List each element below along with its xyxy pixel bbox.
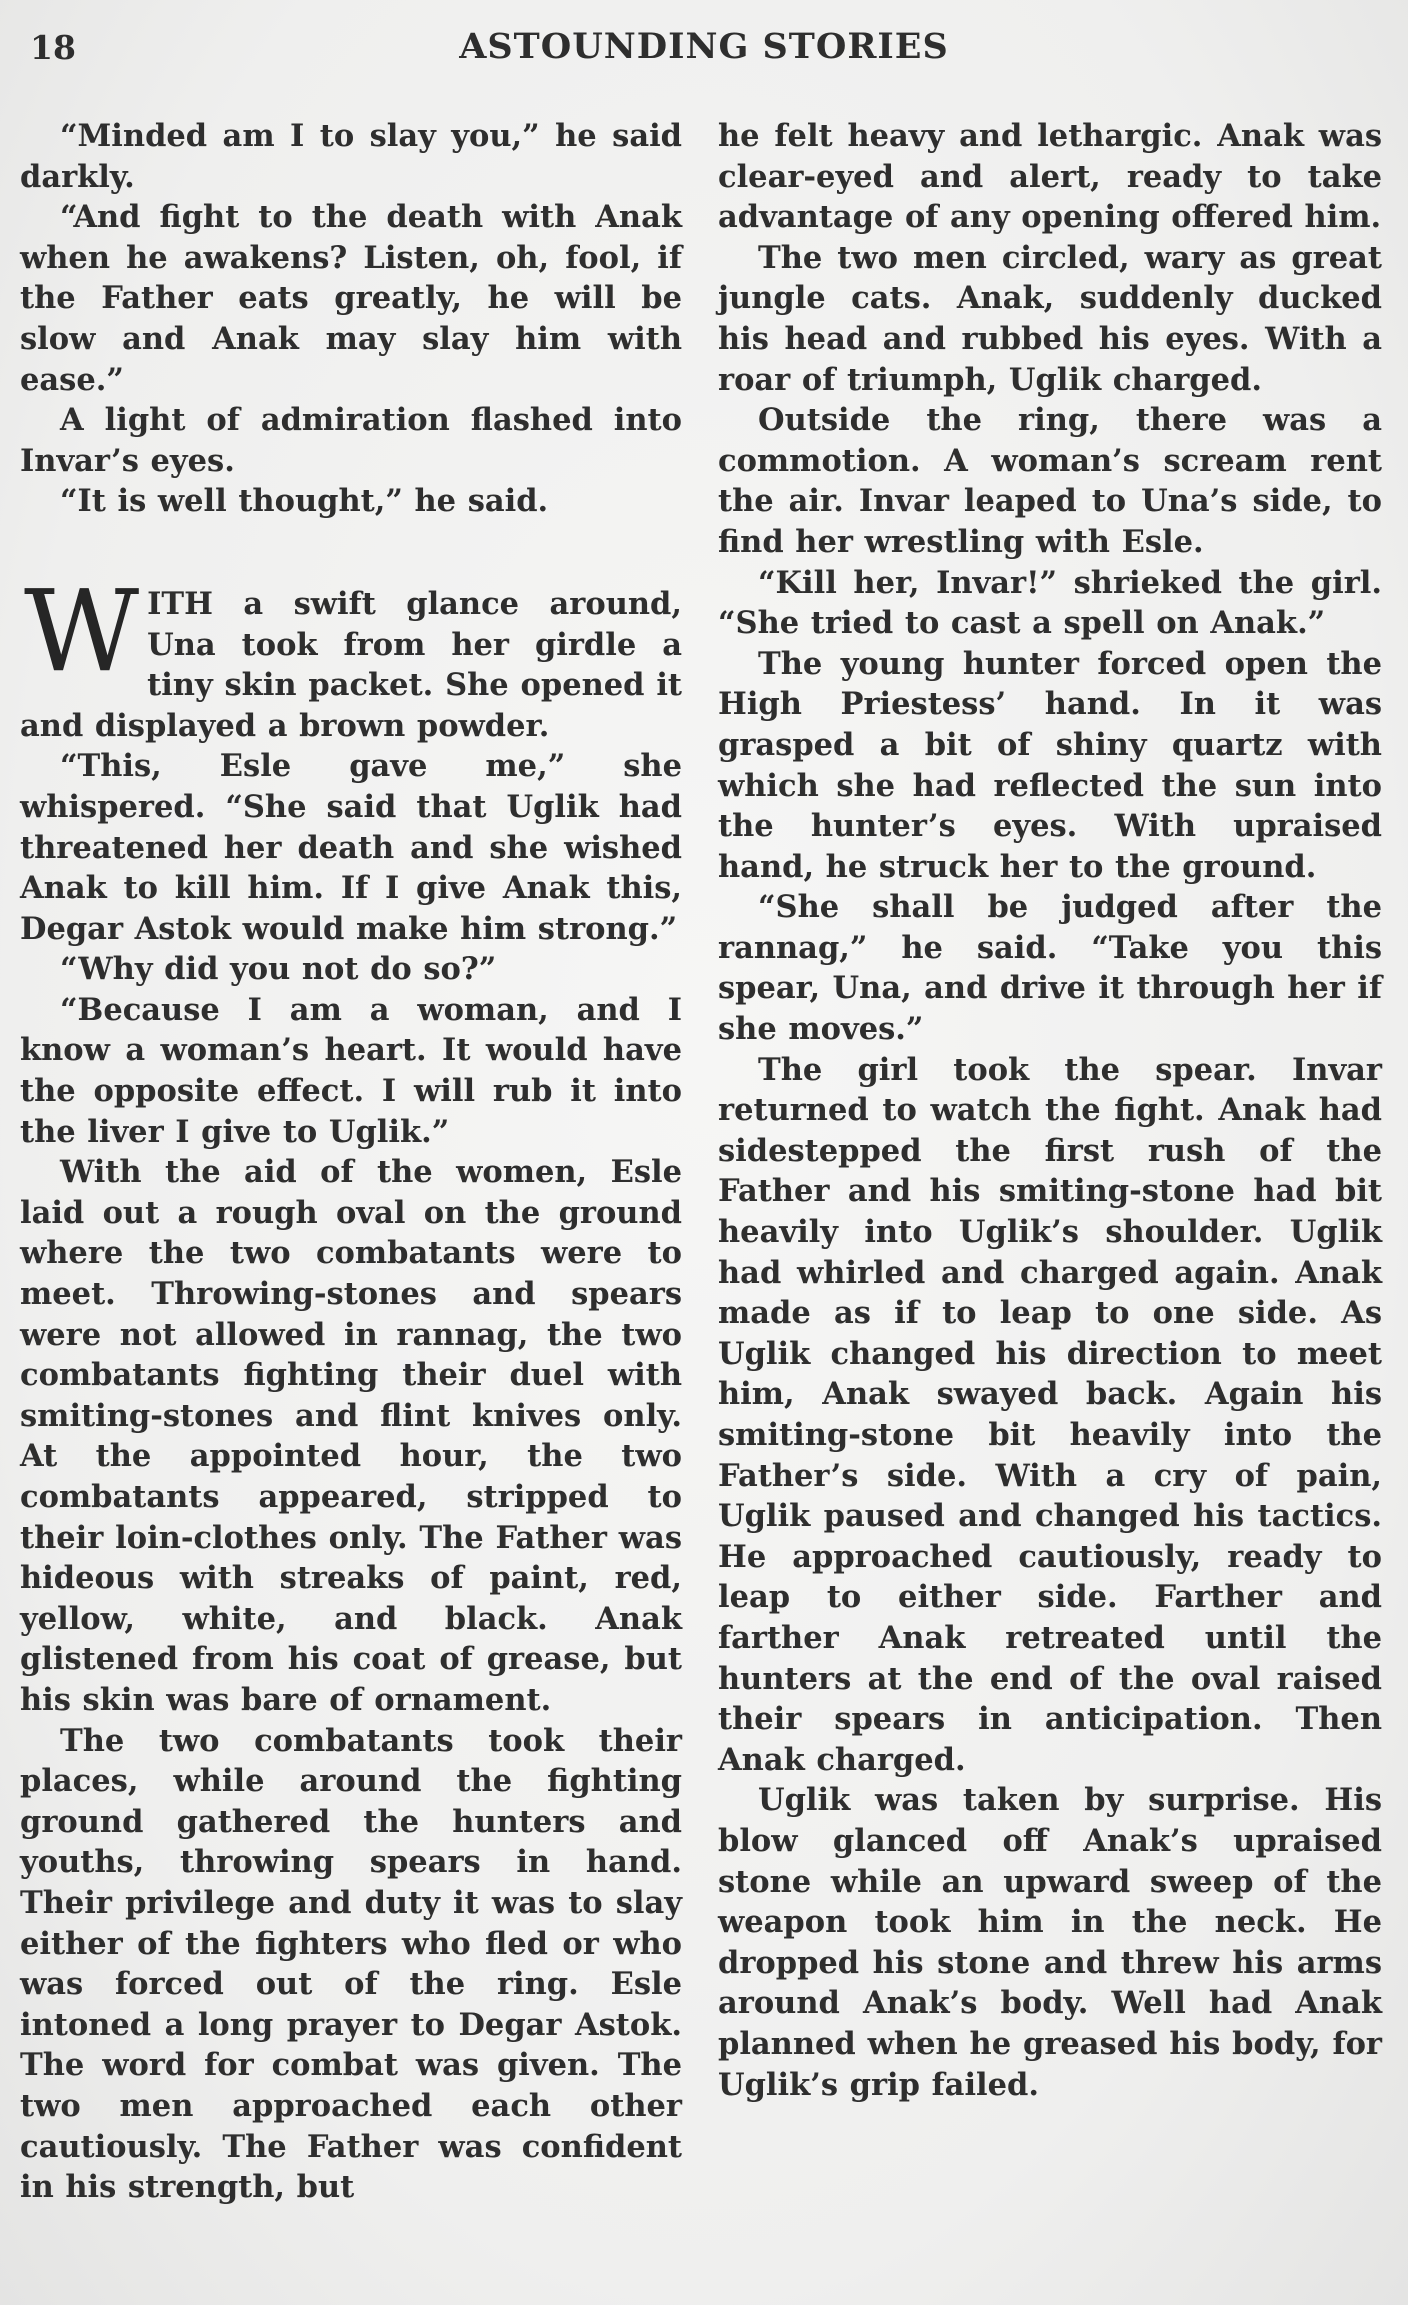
left-column: “Minded am I to slay you,” he said darkl… bbox=[20, 116, 682, 2208]
paragraph: “Why did you not do so?” bbox=[20, 949, 682, 990]
paragraph: A light of admiration flashed into Invar… bbox=[20, 400, 682, 481]
continued-paragraph: he felt heavy and lethargic. Anak was cl… bbox=[718, 116, 1382, 238]
paragraph: The young hunter forced open the High Pr… bbox=[718, 644, 1382, 888]
paragraph: With the aid of the women, Esle laid out… bbox=[20, 1152, 682, 1720]
paragraph: “This, Esle gave me,” she whispered. “Sh… bbox=[20, 746, 682, 949]
running-title: ASTOUNDING STORIES bbox=[0, 26, 1408, 67]
paragraph: “It is well thought,” he said. bbox=[20, 481, 682, 522]
right-column: he felt heavy and lethargic. Anak was cl… bbox=[718, 116, 1382, 2105]
paragraph: “And fight to the death with Anak when h… bbox=[20, 197, 682, 400]
paragraph: “Minded am I to slay you,” he said darkl… bbox=[20, 116, 682, 197]
section-opening-paragraph: WITH a swift glance around, Una took fro… bbox=[20, 584, 682, 746]
magazine-page: 18 ASTOUNDING STORIES “Minded am I to sl… bbox=[0, 0, 1408, 2305]
paragraph: Outside the ring, there was a commotion.… bbox=[718, 400, 1382, 562]
paragraph: The girl took the spear. Invar returned … bbox=[718, 1050, 1382, 1781]
paragraph: The two men circled, wary as great jungl… bbox=[718, 238, 1382, 400]
paragraph: The two combatants took their places, wh… bbox=[20, 1721, 682, 2208]
paragraph: “Kill her, Invar!” shrieked the girl. “S… bbox=[718, 563, 1382, 644]
paragraph: “She shall be judged after the rannag,” … bbox=[718, 887, 1382, 1049]
drop-cap: W bbox=[24, 590, 139, 674]
paragraph: “Because I am a woman, and I know a woma… bbox=[20, 990, 682, 1152]
paragraph: Uglik was taken by surprise. His blow gl… bbox=[718, 1780, 1382, 2105]
page-header: 18 ASTOUNDING STORIES bbox=[0, 22, 1408, 72]
